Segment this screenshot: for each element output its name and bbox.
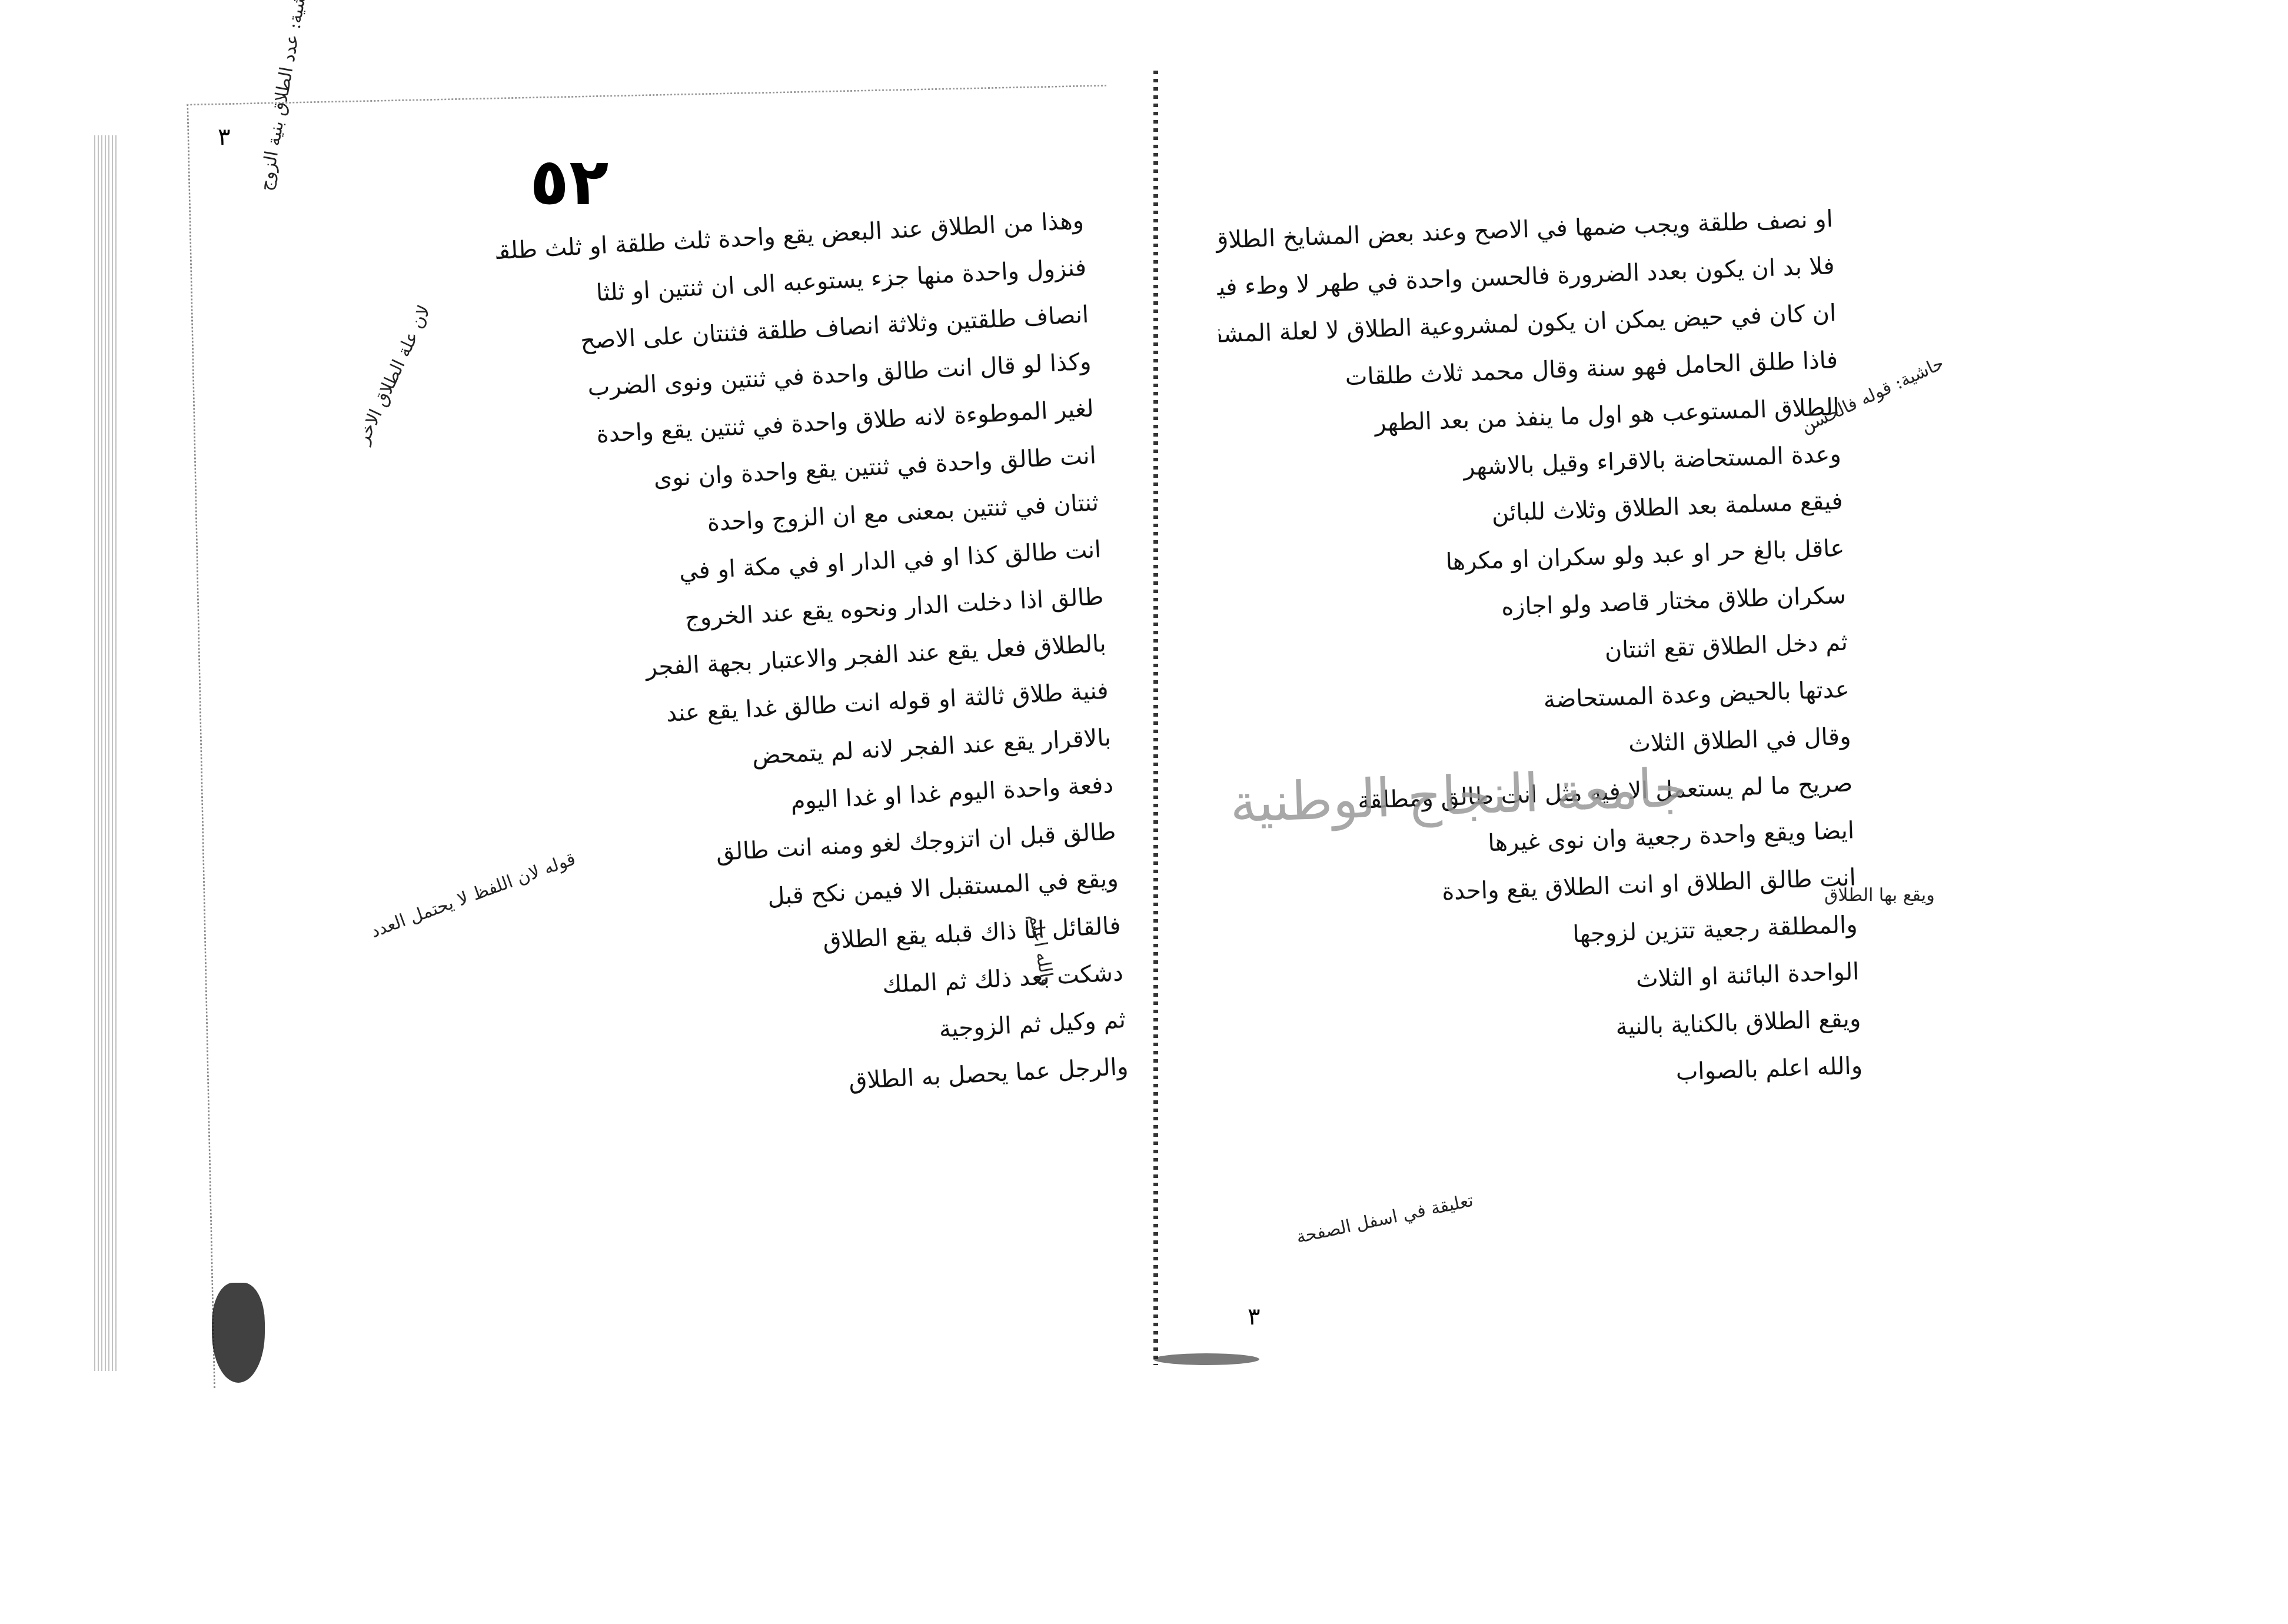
footer-mark: ٣ bbox=[1248, 1303, 1260, 1330]
page-stack-edge bbox=[94, 135, 118, 1371]
margin-note: ويقع بها الطلاق bbox=[1824, 883, 1935, 908]
manuscript-scan: ٣ ٥٢ وهذا من الطلاق عند البعض يقع واحدة … bbox=[0, 0, 2288, 1624]
ink-smudge bbox=[1153, 1353, 1259, 1365]
corner-folio-number: ٣ bbox=[218, 124, 230, 151]
ink-blot bbox=[212, 1283, 265, 1383]
book-gutter bbox=[1153, 71, 1158, 1365]
right-page-main-text: او نصف طلقة ويجب ضمها في الاصح وعند بعض … bbox=[1215, 195, 1863, 1111]
right-page-edge bbox=[2107, 47, 2260, 1342]
page-number: ٥٢ bbox=[530, 144, 608, 219]
